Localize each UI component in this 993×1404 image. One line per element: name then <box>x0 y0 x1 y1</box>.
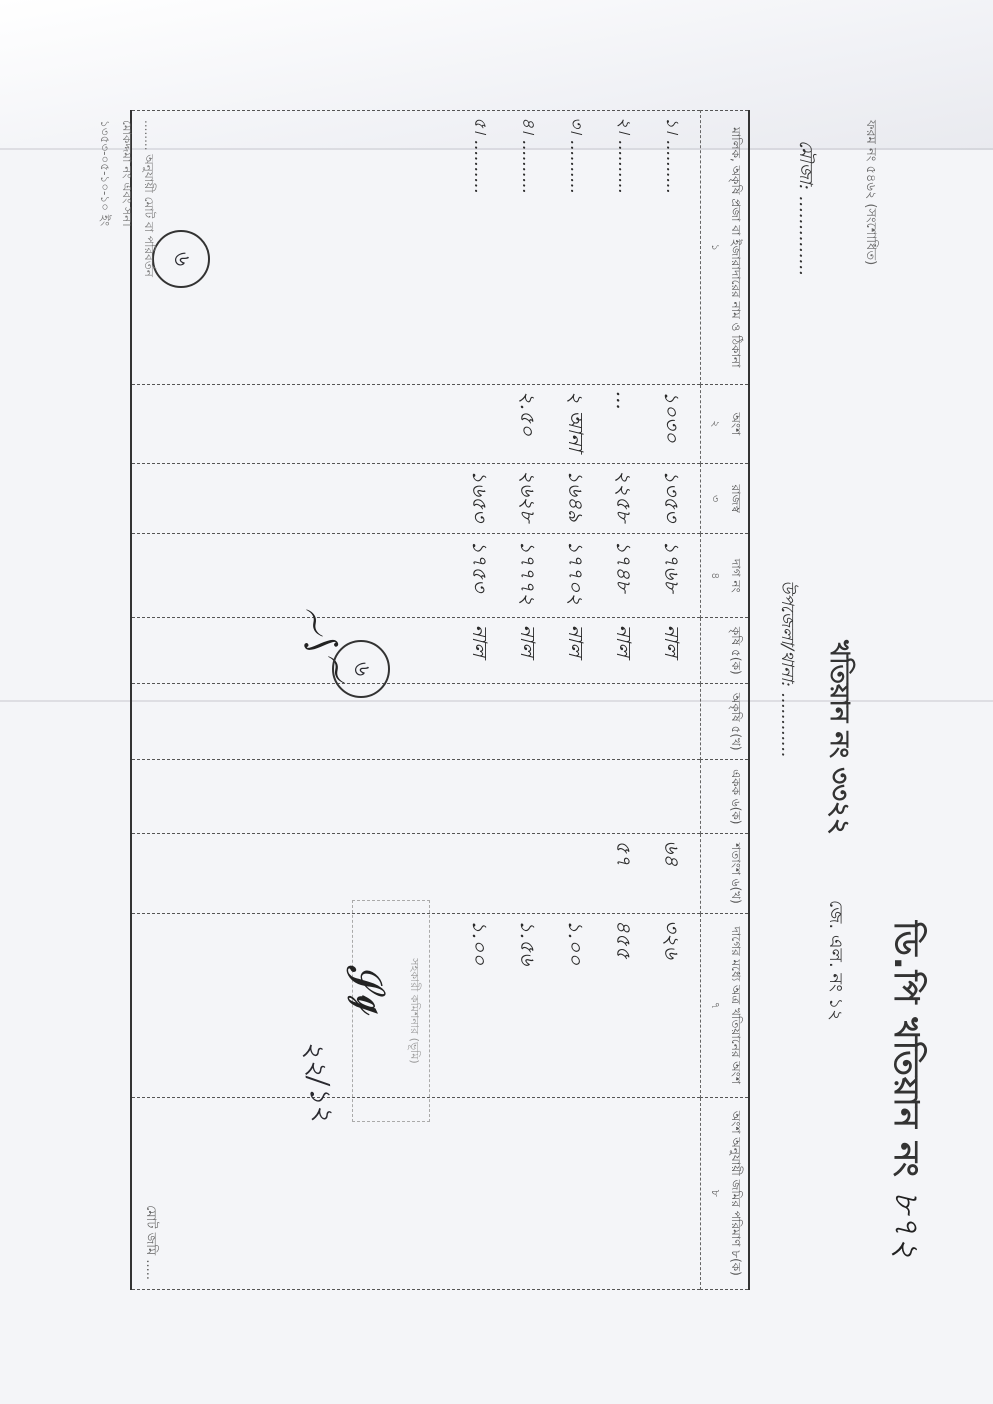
khatian-number: খতিয়ান নং ৩৩২২ <box>816 640 860 835</box>
column-number: ৮ <box>705 1104 724 1283</box>
cell-entry: নাল <box>456 624 504 677</box>
cell-entry: ২ আনা <box>552 391 600 457</box>
column-header: একক ৬(ক) <box>701 760 750 834</box>
column-header: দাগ নং৪ <box>701 534 750 618</box>
column-header: দাগের মধ্যে অত্র খতিয়ানের অংশ৭ <box>701 913 750 1097</box>
column-header-label: দাগ নং <box>724 540 744 611</box>
khatian-table: মালিক, অকৃষি প্রজা বা ইজারাদারের নাম ও ঠ… <box>130 110 750 1290</box>
column-header-label: কৃষি ৫(ক) <box>724 624 744 677</box>
document-footer: ........ অনুযায়ী মোট বা পরিবর্তন মোকদ্দ… <box>94 120 160 277</box>
form-number: ফরম নং ৫৪৬২ (সংশোধিত) <box>859 120 880 265</box>
column-number: ৭ <box>705 920 724 1091</box>
cell-entry: ১। .......... <box>648 117 696 378</box>
column-number: ৩ <box>705 470 724 527</box>
khatian-value: ৩৩২২ <box>824 767 854 835</box>
column-header-label: মালিক, অকৃষি প্রজা বা ইজারাদারের নাম ও ঠ… <box>724 117 744 378</box>
land-class-agri-cell: নালনালনালনালনাল <box>131 618 701 684</box>
column-number: ১ <box>705 117 724 378</box>
circled-mark: ৬ <box>152 230 210 288</box>
rotated-khatian-page: ডি.পি খতিয়ান নং ৮৭২ ফরম নং ৫৪৬২ (সংশোধি… <box>70 80 950 1340</box>
column-header: অংশ অনুযায়ী জমির পরিমাণ ৮(ক)৮ <box>701 1097 750 1289</box>
footer-line: মোকদ্দমা নং এবং সন। <box>116 120 138 277</box>
column-header-label: একক ৬(ক) <box>724 766 744 827</box>
revenue-cell: ১৩৫৩২২৫৮১৬৪৯২৬২৮১৬৫৩ <box>131 464 701 534</box>
table-header-row: মালিক, অকৃষি প্রজা বা ইজারাদারের নাম ও ঠ… <box>701 111 750 1290</box>
share-cell: ১০৩০...২ আনা২.৫০ <box>131 384 701 463</box>
cell-entry: ৬৪ <box>648 840 696 907</box>
land-class-nonagri-cell <box>131 684 701 760</box>
column-number: ৪ <box>705 540 724 611</box>
owners-cell: ১। ..........২। ..........৩। ..........৪… <box>131 111 701 385</box>
column-number: ২ <box>705 391 724 457</box>
cell-entry: ২২৫৮ <box>600 470 648 527</box>
cell-entry: ১৭৬৮ <box>648 540 696 611</box>
column-header: শতাংশ ৬(খ) <box>701 834 750 914</box>
column-header: অংশ২ <box>701 384 750 463</box>
cell-entry: ১.০০ <box>552 920 600 1091</box>
cell-entry: ২। .......... <box>600 117 648 378</box>
cell-entry: ৫। .......... <box>456 117 504 378</box>
jl-number: জে. এল. নং ১২ <box>819 900 850 1021</box>
cell-entry: ১.৫৬ <box>504 920 552 1091</box>
cell-entry: ৪৫৫ <box>600 920 648 1091</box>
column-header-label: দাগের মধ্যে অত্র খতিয়ানের অংশ <box>724 920 744 1091</box>
cell-entry: ১.০০ <box>456 920 504 1091</box>
page-title: ডি.পি খতিয়ান নং ৮৭২ <box>875 921 932 1260</box>
total-land-label: মোট জমি ..... <box>139 1205 160 1280</box>
column-header: মালিক, অকৃষি প্রজা বা ইজারাদারের নাম ও ঠ… <box>701 111 750 385</box>
cell-entry: ১৬৪৯ <box>552 470 600 527</box>
cell-entry: ১৭৭০২ <box>552 540 600 611</box>
document-header: ডি.পি খতিয়ান নং ৮৭২ ফরম নং ৫৪৬২ (সংশোধি… <box>720 80 950 1340</box>
cell-entry: নাল <box>600 624 648 677</box>
column-header-label: অংশ অনুযায়ী জমির পরিমাণ ৮(ক) <box>724 1104 744 1283</box>
circled-mark: ৬ <box>332 640 390 698</box>
jl-value: ১২ <box>825 998 846 1021</box>
cell-entry: ১০৩০ <box>648 391 696 457</box>
cell-entry: ১৭৭৭২ <box>504 540 552 611</box>
khatian-label: খতিয়ান নং <box>824 640 854 758</box>
cell-entry: ৫৭ <box>600 840 648 907</box>
jl-label: জে. এল. নং <box>825 900 846 992</box>
plot-number-cell: ১৭৬৮১৭৪৮১৭৭০২১৭৭৭২১৭৫৩ <box>131 534 701 618</box>
column-header: অকৃষি ৫(খ) <box>701 684 750 760</box>
title-text: ডি.পি খতিয়ান নং <box>886 921 926 1178</box>
cell-entry: ৪। .......... <box>504 117 552 378</box>
cell-entry: ২৬২৮ <box>504 470 552 527</box>
thana-handwritten: উপজেলা/থানা: ............ <box>772 580 800 757</box>
cell-entry: ১৩৫৩ <box>648 470 696 527</box>
land-amount-cell <box>131 1097 701 1289</box>
cell-entry: ৩২৬ <box>648 920 696 1091</box>
cell-entry: ১৬৫৩ <box>456 470 504 527</box>
cell-entry: ... <box>600 391 648 457</box>
cell-entry: নাল <box>552 624 600 677</box>
title-handwritten-number: ৮৭২ <box>886 1191 926 1260</box>
column-header-label: অংশ <box>724 391 744 457</box>
column-header-label: রাজস্ব <box>724 470 744 527</box>
mouza-handwritten: মৌজা: .............. <box>789 140 820 276</box>
cell-entry: ১৭৫৩ <box>456 540 504 611</box>
column-header-label: শতাংশ ৬(খ) <box>724 840 744 907</box>
footer-line: ........ অনুযায়ী মোট বা পরিবর্তন <box>138 120 160 277</box>
unit-cell <box>131 760 701 834</box>
column-header: কৃষি ৫(ক) <box>701 618 750 684</box>
column-header-label: অকৃষি ৫(খ) <box>724 690 744 753</box>
column-header: রাজস্ব৩ <box>701 464 750 534</box>
cell-entry: ৩। .......... <box>552 117 600 378</box>
cell-entry: ২.৫০ <box>504 391 552 457</box>
footer-line: ১৩৫৩-০৫-১০-১০ ইং <box>94 120 116 277</box>
cell-entry: নাল <box>648 624 696 677</box>
cell-entry: নাল <box>504 624 552 677</box>
cell-entry: ১৭৪৮ <box>600 540 648 611</box>
